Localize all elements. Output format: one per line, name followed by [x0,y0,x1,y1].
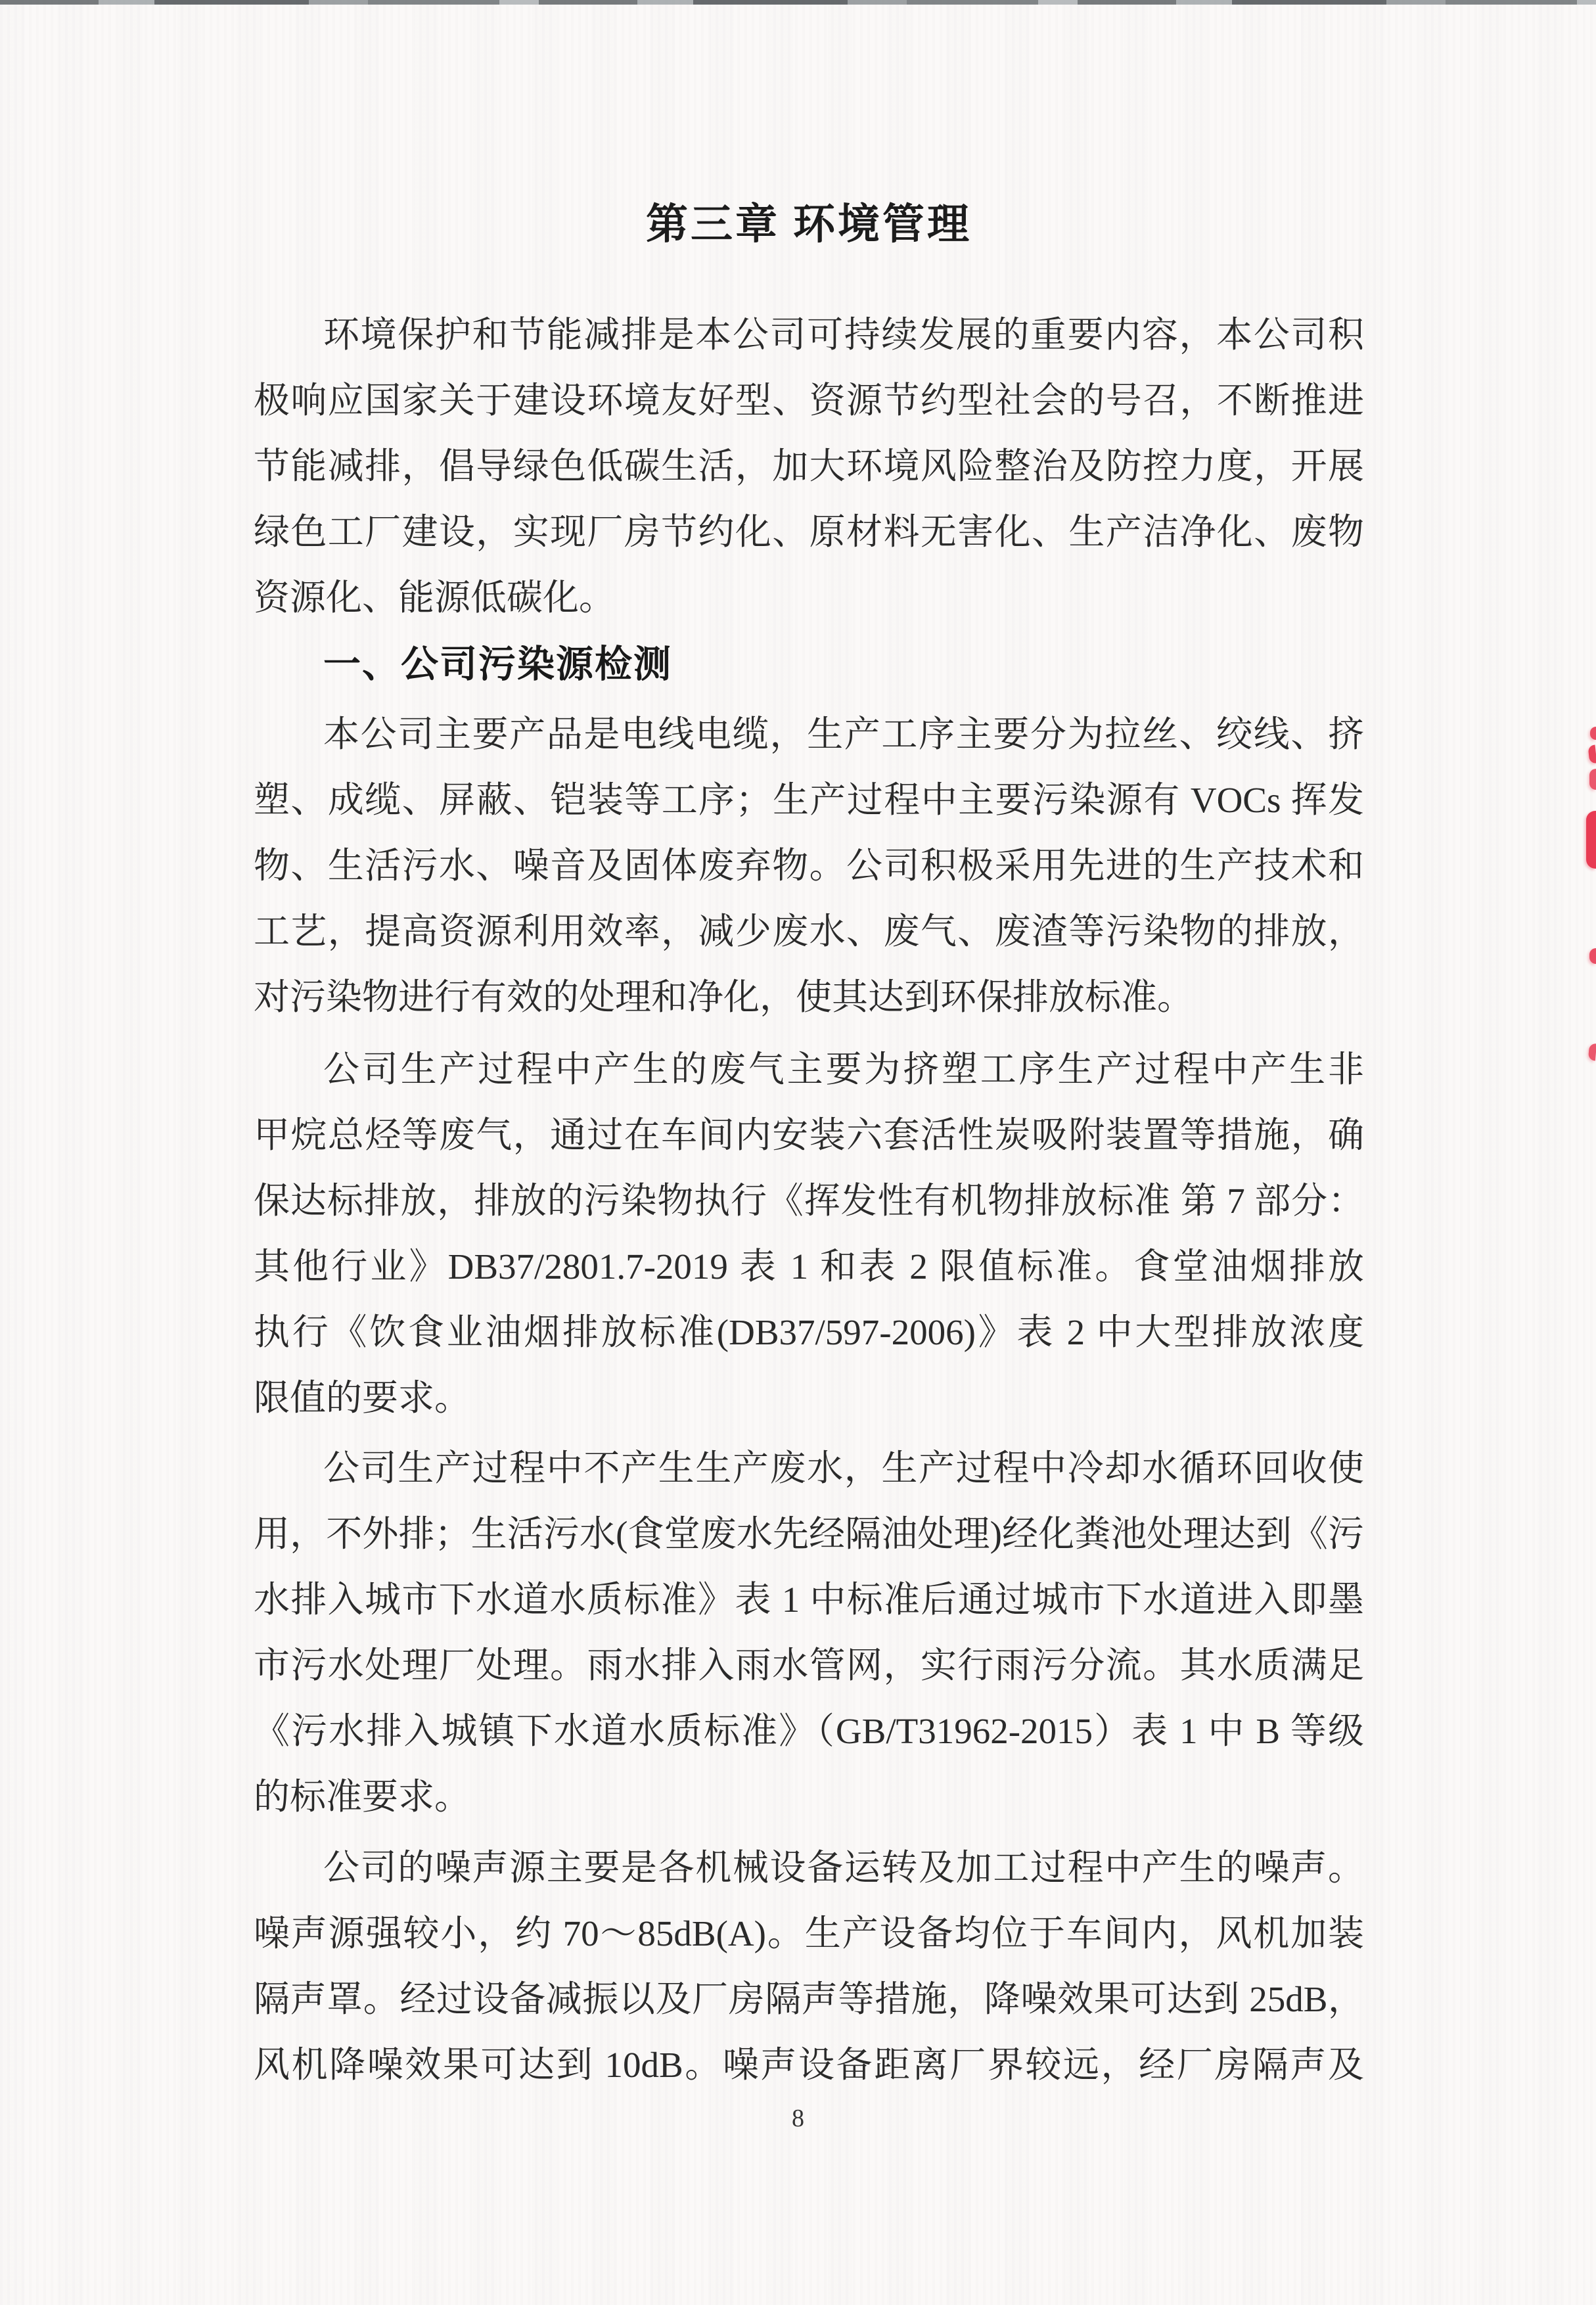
text-line: 甲烷总烃等废气，通过在车间内安装六套活性炭吸附装置等措施，确 [254,1103,1364,1168]
text-line: 塑、成缆、屏蔽、铠装等工序；生产过程中主要污染源有 VOCs 挥发 [254,767,1364,833]
text-line: 公司的噪声源主要是各机械设备运转及加工过程中产生的噪声。 [254,1835,1364,1901]
text-line: 其他行业》DB37/2801.7-2019 表 1 和表 2 限值标准。食堂油烟… [254,1234,1364,1300]
text-line: 《污水排入城镇下水道水质标准》（GB/T31962-2015）表 1 中 B 等… [254,1699,1364,1764]
text-line: 风机降噪效果可达到 10dB。噪声设备距离厂界较远，经厂房隔声及 [254,2032,1364,2098]
section-heading-text: 一、公司污染源检测 [254,632,1364,698]
text-line: 极响应国家关于建设环境友好型、资源节约型社会的号召，不断推进 [254,368,1364,434]
text-line: 工艺，提高资源利用效率，减少废水、废气、废渣等污染物的排放， [254,899,1364,965]
text-line: 绿色工厂建设，实现厂房节约化、原材料无害化、生产洁净化、废物 [254,499,1364,565]
text-line: 保达标排放，排放的污染物执行《挥发性有机物排放标准 第 7 部分： [254,1168,1364,1234]
text-line: 公司生产过程中不产生生产废水，生产过程中冷却水循环回收使 [254,1436,1364,1501]
paragraph-waste-water: 公司生产过程中不产生生产废水，生产过程中冷却水循环回收使 用，不外排；生活污水(… [254,1436,1364,1830]
paragraph-noise: 公司的噪声源主要是各机械设备运转及加工过程中产生的噪声。 噪声源强较小，约 70… [254,1835,1364,2098]
red-stamp-fragment [1590,727,1596,740]
scan-artifact-top-edge [0,0,1596,5]
text-line: 环境保护和节能减排是本公司可持续发展的重要内容，本公司积 [254,302,1364,368]
text-line: 节能减排，倡导绿色低碳生活，加大环境风险整治及防控力度，开展 [254,434,1364,499]
paragraph-pollution-sources: 本公司主要产品是电线电缆，生产工序主要分为拉丝、绞线、挤 塑、成缆、屏蔽、铠装等… [254,702,1364,1030]
text-line: 本公司主要产品是电线电缆，生产工序主要分为拉丝、绞线、挤 [254,702,1364,767]
text-line: 用，不外排；生活污水(食堂废水先经隔油处理)经化粪池处理达到《污 [254,1501,1364,1567]
text-line: 限值的要求。 [254,1365,1364,1431]
text-line: 资源化、能源低碳化。 [254,565,1364,631]
text-line: 物、生活污水、噪音及固体废弃物。公司积极采用先进的生产技术和 [254,833,1364,899]
red-stamp-fragment [1588,745,1596,764]
text-line: 市污水处理厂处理。雨水排入雨水管网，实行雨污分流。其水质满足 [254,1633,1364,1699]
red-stamp-fragment [1588,1043,1596,1061]
document-page: 第三章 环境管理 环境保护和节能减排是本公司可持续发展的重要内容，本公司积 极响… [0,0,1596,2305]
red-stamp-fragment [1589,769,1596,790]
paragraph-intro: 环境保护和节能减排是本公司可持续发展的重要内容，本公司积 极响应国家关于建设环境… [254,302,1364,631]
chapter-title: 第三章 环境管理 [254,194,1364,255]
red-stamp-fragment [1589,948,1596,964]
text-line: 公司生产过程中产生的废气主要为挤塑工序生产过程中产生非 [254,1037,1364,1103]
text-line: 隔声罩。经过设备减振以及厂房隔声等措施，降噪效果可达到 25dB， [254,1967,1364,2032]
paragraph-waste-gas: 公司生产过程中产生的废气主要为挤塑工序生产过程中产生非 甲烷总烃等废气，通过在车… [254,1037,1364,1431]
red-stamp-fragment [1586,811,1596,869]
text-line: 的标准要求。 [254,1764,1364,1830]
text-line: 执行《饮食业油烟排放标准(DB37/597-2006)》表 2 中大型排放浓度 [254,1300,1364,1365]
section-heading: 一、公司污染源检测 [254,632,1364,698]
text-line: 噪声源强较小，约 70～85dB(A)。生产设备均位于车间内，风机加装 [254,1901,1364,1967]
text-line: 对污染物进行有效的处理和净化，使其达到环保排放标准。 [254,965,1364,1030]
text-line: 水排入城市下水道水质标准》表 1 中标准后通过城市下水道进入即墨 [254,1567,1364,1633]
page-number: 8 [0,2100,1596,2137]
